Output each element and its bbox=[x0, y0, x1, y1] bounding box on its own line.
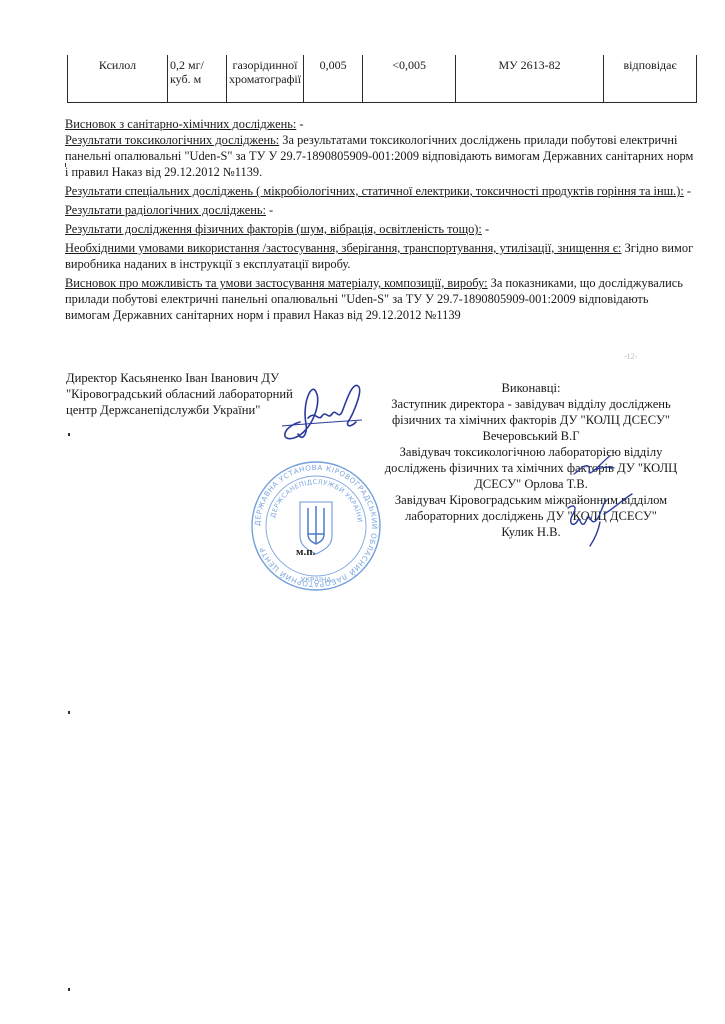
cell-substance: Ксилол bbox=[68, 55, 168, 103]
physical-paragraph: Результати дослідження фізичних факторів… bbox=[65, 221, 695, 237]
scan-speck bbox=[68, 988, 70, 991]
scan-speck bbox=[68, 433, 70, 436]
conclusions-section: Висновок з санітарно-хімічних досліджень… bbox=[65, 116, 695, 326]
cell-norm: 0,2 мг/куб. м bbox=[168, 55, 227, 103]
table-row: Ксилол 0,2 мг/куб. м газорідинної хромат… bbox=[68, 55, 697, 103]
physical-label: Результати дослідження фізичних факторів… bbox=[65, 222, 482, 236]
sanitary-chem-label: Висновок з санітарно-хімічних досліджень… bbox=[65, 117, 296, 131]
cell-result: <0,005 bbox=[363, 55, 456, 103]
possibility-paragraph: Висновок про можливість та умови застосу… bbox=[65, 275, 695, 323]
cell-method-doc: МУ 2613-82 bbox=[456, 55, 604, 103]
toxicology-label: Результати токсикологічних досліджень: bbox=[65, 133, 279, 147]
executor-line: ДСЕСУ" Орлова Т.В. bbox=[366, 476, 696, 492]
radiology-label: Результати радіологічних досліджень: bbox=[65, 203, 266, 217]
executors-title: Виконавці: bbox=[366, 380, 696, 396]
executors-block: Виконавці: Заступник директора - завідув… bbox=[366, 380, 696, 540]
scan-speck bbox=[65, 163, 66, 167]
executor-line: лабораторних досліджень ДУ "КОЛЦ ДСЕСУ" bbox=[366, 508, 696, 524]
executor-line: Вечеровський В.Г bbox=[366, 428, 696, 444]
scan-speck bbox=[68, 711, 70, 714]
executor-line: Заступник директора - завідувач відділу … bbox=[366, 396, 696, 412]
possibility-label: Висновок про можливість та умови застосу… bbox=[65, 276, 488, 290]
cell-method: газорідинної хроматографії bbox=[227, 55, 304, 103]
executor-line: Завідувач токсикологічною лабораторією в… bbox=[366, 444, 696, 460]
executor-line: Кулик Н.В. bbox=[366, 524, 696, 540]
official-stamp: ДЕРЖАВНА УСТАНОВА КІРОВОГРАДСЬКИЙ ОБЛАСН… bbox=[250, 460, 382, 592]
kulik-signature bbox=[560, 492, 640, 552]
executor-line: досліджень фізичних та хімічних факторів… bbox=[366, 460, 696, 476]
cell-conclusion: відповідає bbox=[604, 55, 697, 103]
page-number: -12- bbox=[624, 352, 637, 361]
stamp-bottom-text: УКРАЇНА bbox=[301, 575, 332, 584]
sanitary-chem-paragraph: Висновок з санітарно-хімічних досліджень… bbox=[65, 116, 695, 132]
conditions-paragraph: Необхідними умовами використання /застос… bbox=[65, 240, 695, 272]
executor-line: Завідувач Кіровоградським міжрайонним ві… bbox=[366, 492, 696, 508]
radiology-paragraph: Результати радіологічних досліджень: - bbox=[65, 202, 695, 218]
orlova-signature bbox=[570, 450, 620, 480]
executor-line: фізичних та хімічних факторів ДУ "КОЛЦ Д… bbox=[366, 412, 696, 428]
conditions-label: Необхідними умовами використання /застос… bbox=[65, 241, 622, 255]
special-label: Результати спеціальних досліджень ( мікр… bbox=[65, 184, 684, 198]
director-signature bbox=[272, 372, 372, 452]
special-paragraph: Результати спеціальних досліджень ( мікр… bbox=[65, 183, 695, 199]
toxicology-paragraph: Результати токсикологічних досліджень: З… bbox=[65, 132, 695, 180]
seal-mark: м.п. bbox=[296, 546, 315, 558]
results-table: Ксилол 0,2 мг/куб. м газорідинної хромат… bbox=[67, 55, 697, 103]
cell-sensitivity: 0,005 bbox=[304, 55, 363, 103]
